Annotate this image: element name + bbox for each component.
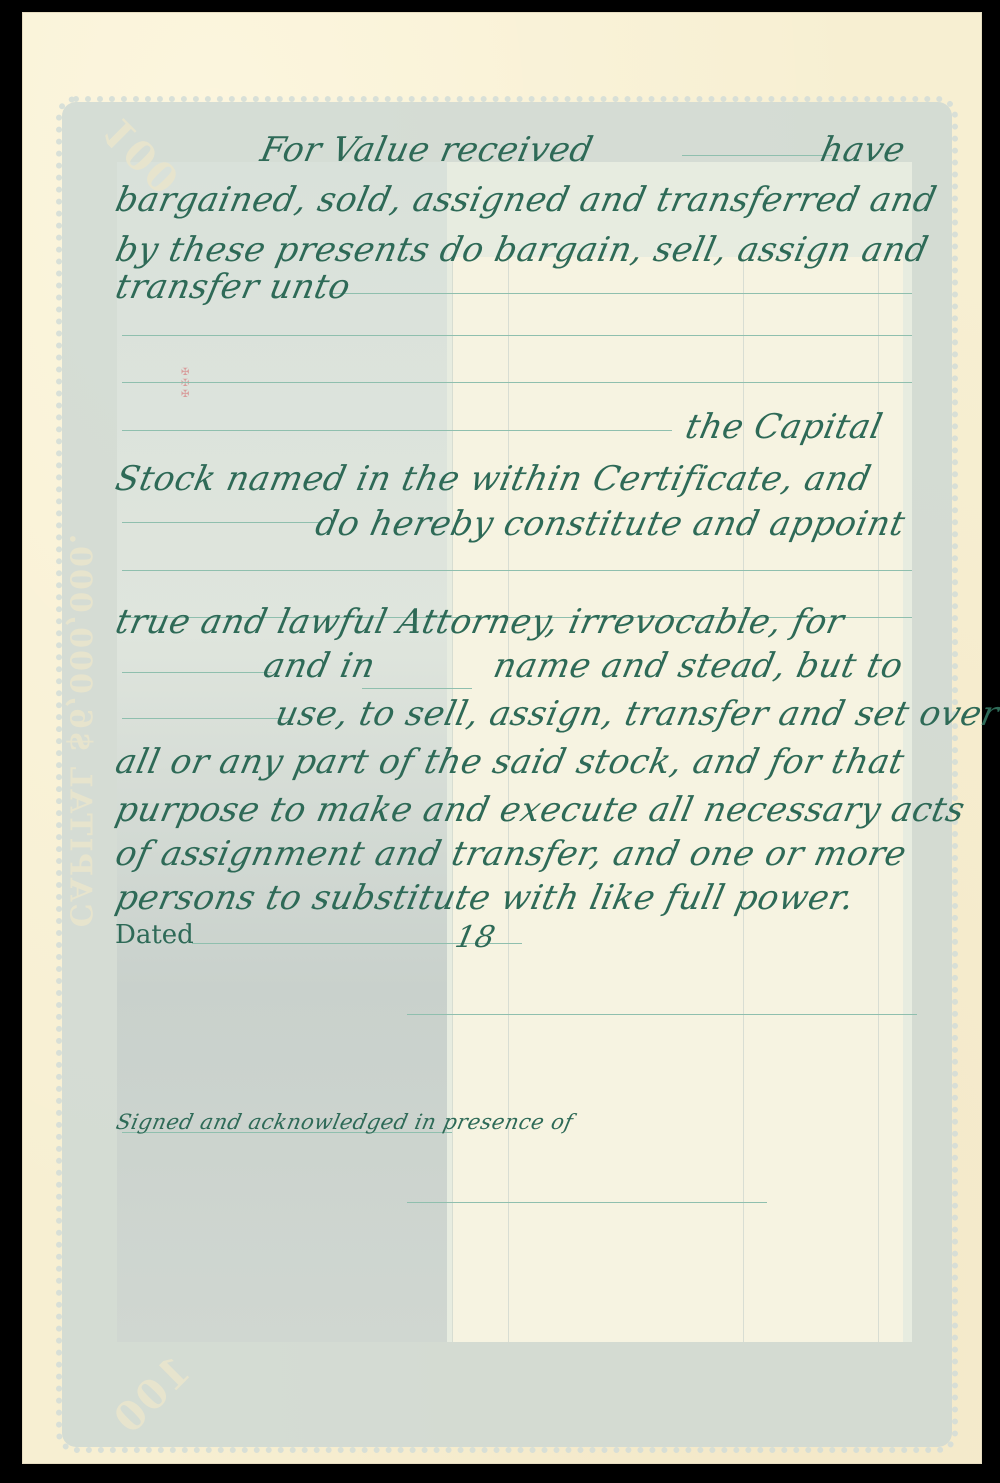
ruled-line-pronoun <box>362 688 472 689</box>
red-stamp-mark: ✠✠✠ <box>181 367 193 401</box>
text-line-13: of assignment and transfer, and one or m… <box>112 834 910 874</box>
dated-label: Dated <box>115 920 194 950</box>
text-line-8: true and lawful Attorney, irrevocable, f… <box>112 602 848 642</box>
ruled-line <box>122 335 912 336</box>
ruled-line-signature-2 <box>407 1202 767 1203</box>
ruled-line-assignor <box>122 522 322 523</box>
witness-label: Signed and acknowledged in presence of <box>114 1110 575 1134</box>
ruled-line-value <box>682 155 832 156</box>
text-line-10: use, to sell, assign, transfer and set o… <box>272 694 1000 734</box>
document-paper: 100 100 CAPITAL $6,000,000. ✠✠✠ For Valu… <box>22 12 982 1464</box>
ruled-line <box>122 382 912 383</box>
text-name-and-stead: name and stead, but to <box>490 646 907 686</box>
text-line-12: purpose to make and execute all necessar… <box>112 790 969 830</box>
ruled-line <box>122 672 272 673</box>
text-have: have <box>817 130 909 170</box>
ruled-line-transferee <box>332 293 912 294</box>
text-line-14: persons to substitute with like full pow… <box>112 878 858 918</box>
ruled-line-shares <box>122 430 672 431</box>
ruled-line-attorney <box>122 570 912 571</box>
bleed-capital-text: CAPITAL $6,000,000. <box>62 532 97 928</box>
text-line-3: by these presents do bargain, sell, assi… <box>112 230 932 270</box>
text-line-11: all or any part of the said stock, and f… <box>112 742 908 782</box>
text-line-2: bargained, sold, assigned and transferre… <box>112 180 940 220</box>
ruled-line <box>122 718 292 719</box>
ruled-line-signature <box>407 1014 917 1015</box>
text-line-7: do hereby constitute and appoint <box>312 504 909 544</box>
dated-year-prefix: 18 <box>452 920 499 955</box>
text-and-in: and in <box>260 646 379 686</box>
text-line-6: Stock named in the within Certificate, a… <box>112 459 875 499</box>
text-for-value-received: For Value received <box>257 130 597 170</box>
text-the-capital: the Capital <box>682 407 886 447</box>
text-transfer-unto: transfer unto <box>112 267 354 307</box>
